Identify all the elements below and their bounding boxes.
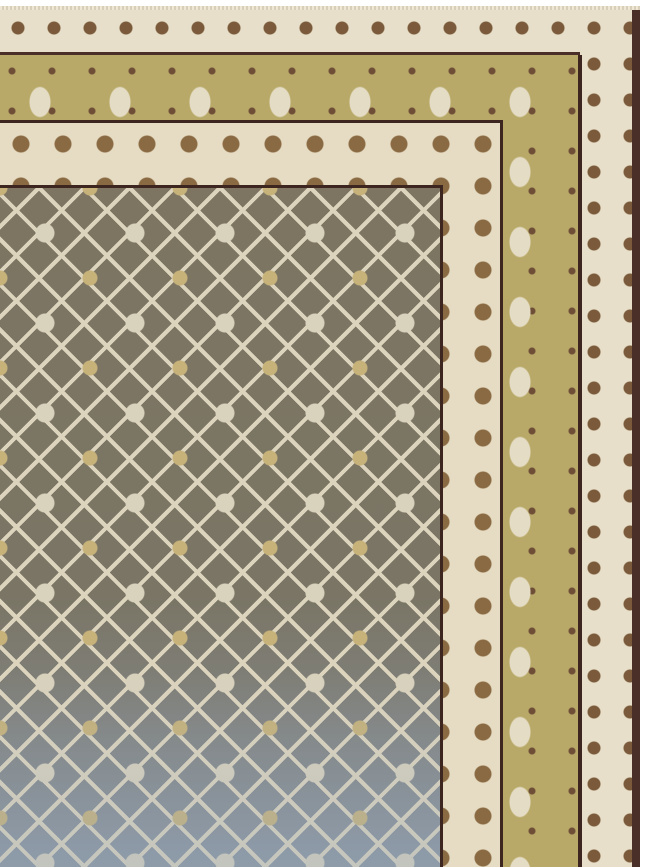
field-abrash-tint bbox=[0, 670, 440, 867]
rug-field bbox=[0, 185, 443, 867]
rug bbox=[0, 10, 640, 867]
rug-selvedge bbox=[632, 10, 640, 867]
